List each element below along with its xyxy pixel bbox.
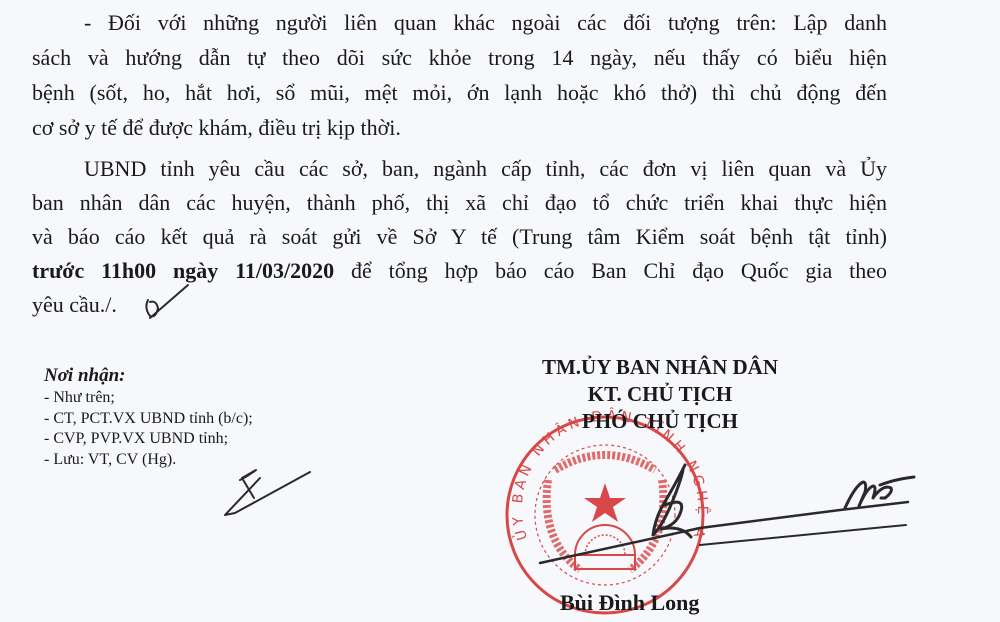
- paragraph2-line3: và báo cáo kết quả rà soát gửi về Sở Y t…: [32, 222, 887, 252]
- recipient-item: - Lưu: VT, CV (Hg).: [44, 450, 253, 471]
- paragraph2-closing: yêu cầu./.: [32, 290, 117, 320]
- paragraph1-line1: - Đối với những người liên quan khác ngo…: [84, 8, 887, 38]
- deadline-text: trước 11h00 ngày 11/03/2020: [32, 258, 334, 283]
- recipient-item: - CT, PCT.VX UBND tỉnh (b/c);: [44, 409, 253, 430]
- paragraph2-line1: UBND tỉnh yêu cầu các sở, ban, ngành cấp…: [84, 154, 887, 184]
- signer-name: Bùi Đình Long: [560, 590, 699, 616]
- signature-line2: KT. CHỦ TỊCH: [510, 381, 810, 408]
- deadline-rest: để tổng hợp báo cáo Ban Chỉ đạo Quốc gia…: [334, 258, 887, 283]
- recipient-item: - CVP, PVP.VX UBND tỉnh;: [44, 429, 253, 450]
- recipients-title: Nơi nhận:: [44, 364, 253, 388]
- document-page: - Đối với những người liên quan khác ngo…: [0, 0, 1000, 622]
- signature-line1: TM.ỦY BAN NHÂN DÂN: [510, 354, 810, 381]
- paragraph1-line3: bệnh (sốt, ho, hắt hơi, sổ mũi, mệt mỏi,…: [32, 78, 887, 108]
- signature-block: TM.ỦY BAN NHÂN DÂN KT. CHỦ TỊCH PHÓ CHỦ …: [510, 354, 810, 435]
- recipient-item: - Như trên;: [44, 388, 253, 409]
- paragraph1-line2: sách và hướng dẫn tự theo dõi sức khỏe t…: [32, 43, 887, 73]
- paragraph1-line4: cơ sở y tế để được khám, điều trị kịp th…: [32, 113, 401, 143]
- paragraph2-line2: ban nhân dân các huyện, thành phố, thị x…: [32, 188, 887, 218]
- paragraph2-line4: trước 11h00 ngày 11/03/2020 để tổng hợp …: [32, 256, 887, 286]
- signature-line3: PHÓ CHỦ TỊCH: [510, 408, 810, 435]
- recipients-block: Nơi nhận: - Như trên; - CT, PCT.VX UBND …: [44, 364, 253, 470]
